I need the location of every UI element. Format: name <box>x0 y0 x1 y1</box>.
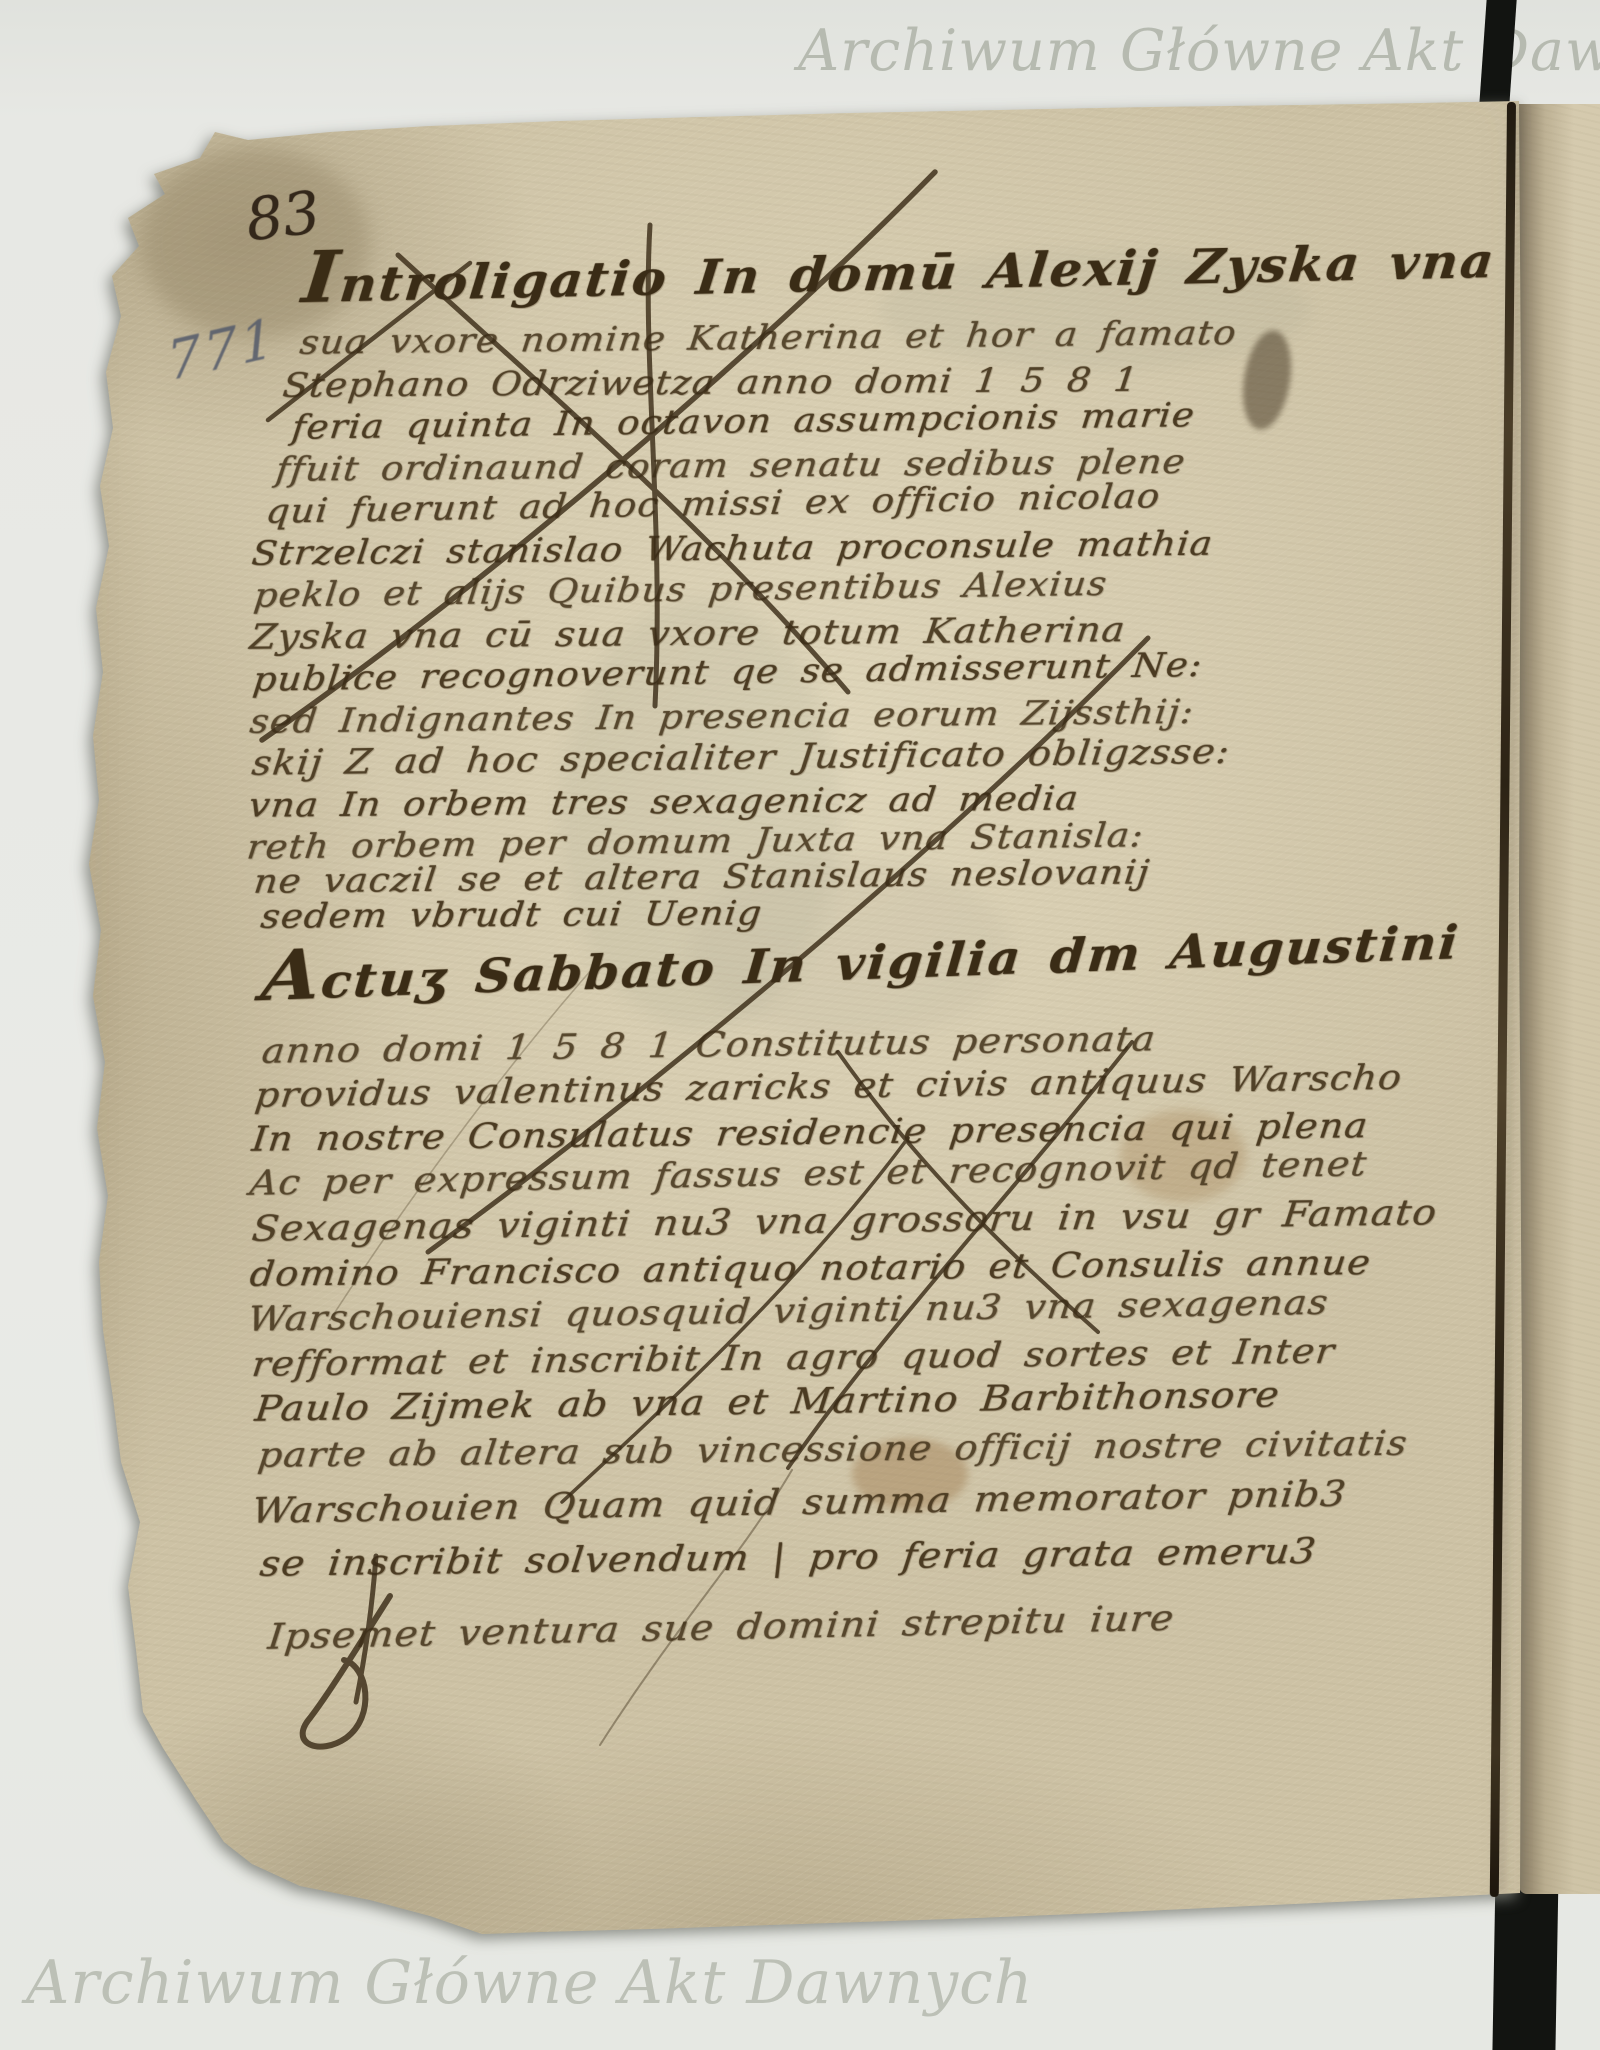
manuscript-line: parte ab altera sub vincessione officij … <box>256 1424 1410 1476</box>
manuscript-page: 83 771 Introligatio In domū Alexij Zyska… <box>0 0 1600 2050</box>
manuscript-line: Paulo Zijmek ab vna et Martino Barbithon… <box>253 1376 1282 1430</box>
manuscript-text-block: Introligatio In domū Alexij Zyska vna cū… <box>0 0 1600 2050</box>
manuscript-line: Warschouien Quam quid summa memorator pn… <box>250 1475 1349 1532</box>
manuscript-line: Ipsemet ventura sue domini strepitu iure <box>266 1599 1176 1658</box>
manuscript-page-wrap: 83 771 Introligatio In domū Alexij Zyska… <box>0 0 1600 2050</box>
manuscript-line: se inscribit solvendum | pro feria grata… <box>258 1532 1319 1585</box>
manuscript-line: sua vxore nomine Katherina et hor a fama… <box>298 313 1239 362</box>
manuscript-heading: Introligatio In domū Alexij Zyska vna cū <box>299 209 1600 319</box>
manuscript-line: Sexagenas viginti nu3 vna grossoru in vs… <box>250 1193 1440 1250</box>
scanner-bed: Archiwum Główne Akt Dawnych 83 771 Intro… <box>0 0 1600 2050</box>
manuscript-line: peklo et alijs Quibus presentibus Alexiu… <box>252 564 1110 615</box>
manuscript-line: skij Z ad hoc specialiter Justificato ob… <box>250 732 1232 784</box>
